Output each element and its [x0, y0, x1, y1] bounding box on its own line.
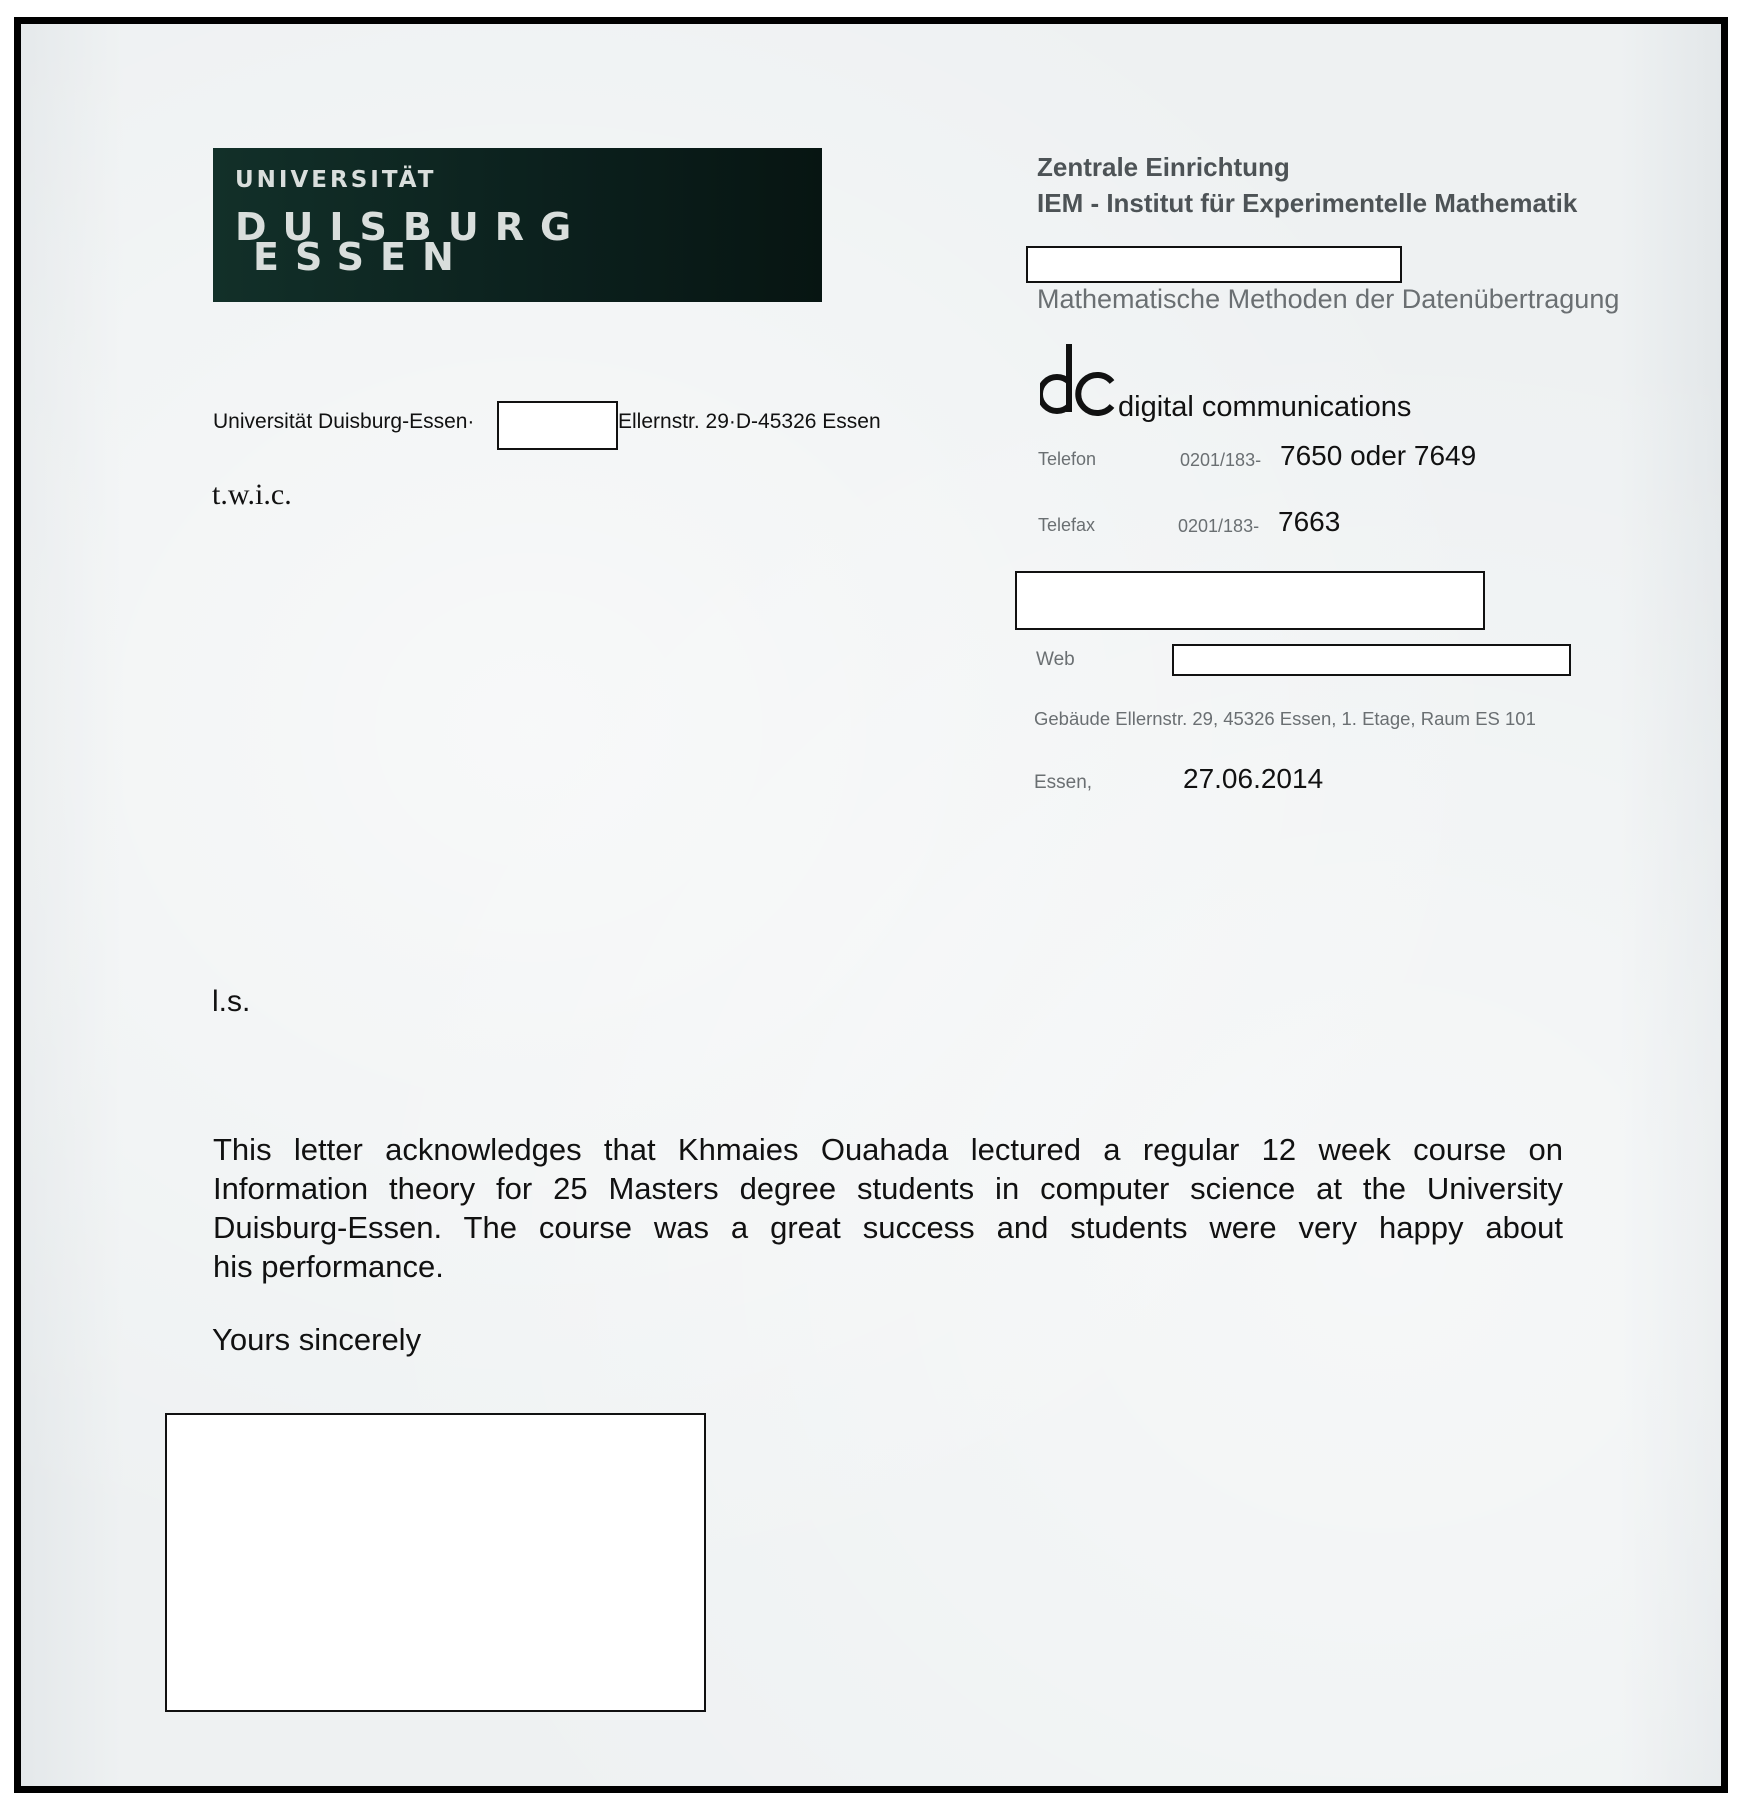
logo-line-universitaet: UNIVERSITÄT: [235, 167, 436, 193]
place-label: Essen,: [1034, 772, 1092, 794]
body-line-4: his performance.: [213, 1247, 1563, 1286]
dc-logo-icon: [1040, 342, 1120, 417]
telefax-number: 7663: [1278, 506, 1340, 538]
redaction-email: [1015, 571, 1485, 630]
body-line-1: This letter acknowledges that Khmaies Ou…: [213, 1130, 1563, 1169]
redaction-web: [1172, 644, 1571, 676]
telefon-prefix: 0201/183-: [1180, 450, 1261, 471]
sender-line-right: Ellernstr. 29·D-45326 Essen: [618, 410, 881, 434]
university-logo: UNIVERSITÄT DUISBURG ESSEN: [213, 148, 822, 302]
recipient: t.w.i.c.: [212, 478, 292, 512]
body-paragraph: This letter acknowledges that Khmaies Ou…: [213, 1130, 1563, 1286]
department-name: Mathematische Methoden der Datenübertrag…: [1037, 284, 1619, 315]
closing: Yours sincerely: [212, 1322, 421, 1358]
building-address: Gebäude Ellernstr. 29, 45326 Essen, 1. E…: [1034, 708, 1536, 730]
telefax-prefix: 0201/183-: [1178, 516, 1259, 537]
institution-line-2: IEM - Institut für Experimentelle Mathem…: [1037, 188, 1577, 219]
logo-line-essen: ESSEN: [253, 235, 470, 279]
letter-date: 27.06.2014: [1183, 763, 1323, 795]
sender-line-left: Universität Duisburg-Essen·: [213, 410, 474, 434]
telefax-label: Telefax: [1038, 515, 1095, 536]
body-line-3: Duisburg-Essen. The course was a great s…: [213, 1208, 1563, 1247]
redaction-sender-line: [497, 401, 618, 450]
institution-line-1: Zentrale Einrichtung: [1037, 152, 1290, 183]
web-label: Web: [1036, 649, 1075, 671]
body-line-2: Information theory for 25 Masters degree…: [213, 1169, 1563, 1208]
group-name: digital communications: [1118, 391, 1411, 424]
telefon-number: 7650 oder 7649: [1280, 440, 1476, 472]
salutation: l.s.: [212, 985, 250, 1019]
redaction-signature: [165, 1413, 706, 1712]
telefon-label: Telefon: [1038, 449, 1096, 470]
redaction-department-head: [1026, 246, 1402, 283]
